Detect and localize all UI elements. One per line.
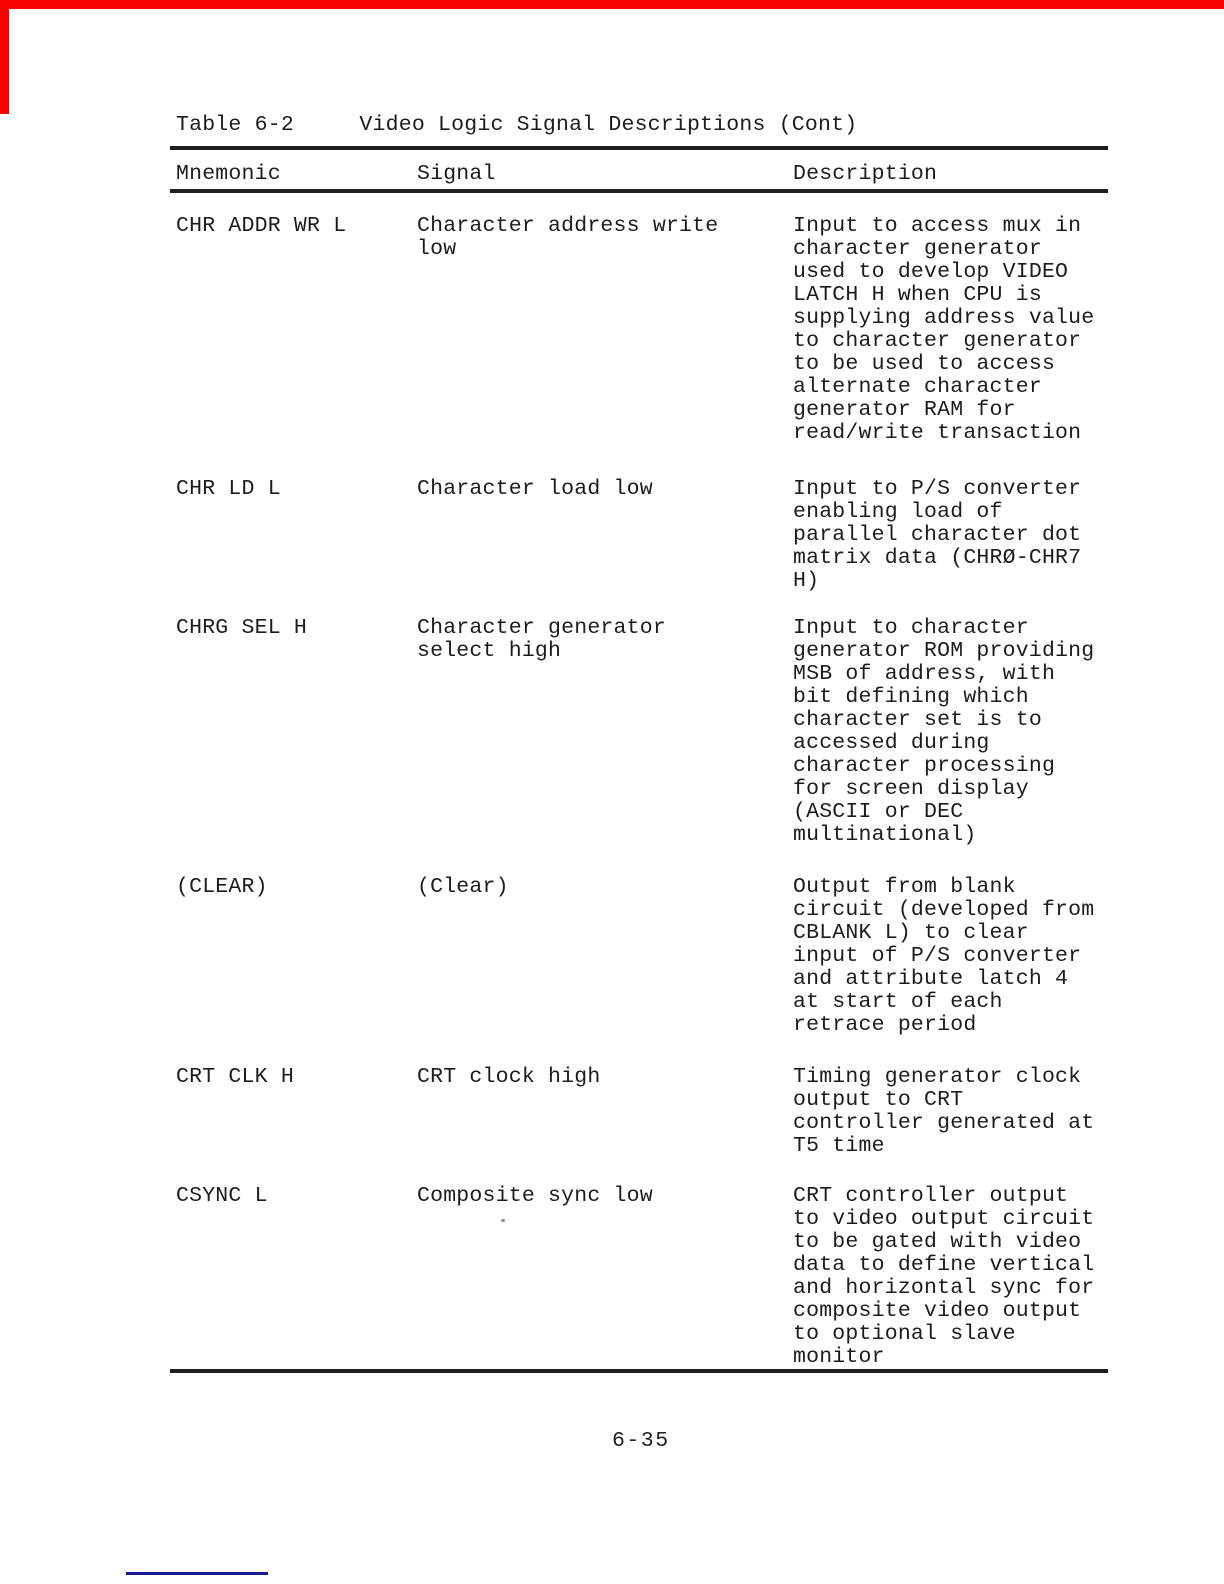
mnemonic-cell: CHR LD L [176,478,281,501]
description-cell: CRT controller output to video output ci… [793,1185,1094,1369]
column-header-mnemonic: Mnemonic [176,163,281,186]
description-cell: Output from blank circuit (developed fro… [793,876,1094,1037]
mnemonic-cell: (CLEAR) [176,876,268,899]
scanned-page: Table 6-2 Video Logic Signal Description… [0,0,1224,1584]
table-rule-header [170,189,1108,193]
table-rule-top [170,146,1108,150]
mnemonic-cell: CRT CLK H [176,1066,294,1089]
signal-cell: Character load low [417,478,653,501]
description-cell: Input to access mux in character generat… [793,215,1094,445]
page-number: 6-35 [612,1430,670,1453]
description-cell: Timing generator clock output to CRT con… [793,1066,1094,1158]
table-rule-bottom [170,1369,1108,1373]
table-title: Table 6-2 Video Logic Signal Description… [176,114,857,137]
scan-edge-left [0,0,9,114]
signal-cell: (Clear) [417,876,509,899]
scan-speck [501,1219,505,1222]
footer-underline [126,1572,268,1575]
description-cell: Input to character generator ROM providi… [793,617,1094,847]
signal-cell: CRT clock high [417,1066,600,1089]
scan-edge-top [0,0,1224,9]
mnemonic-cell: CHR ADDR WR L [176,215,346,238]
mnemonic-cell: CHRG SEL H [176,617,307,640]
signal-cell: Character address write low [417,215,718,261]
column-header-signal: Signal [417,163,496,186]
description-cell: Input to P/S converter enabling load of … [793,478,1081,593]
signal-cell: Composite sync low [417,1185,653,1208]
column-header-description: Description [793,163,937,186]
mnemonic-cell: CSYNC L [176,1185,268,1208]
signal-cell: Character generator select high [417,617,666,663]
